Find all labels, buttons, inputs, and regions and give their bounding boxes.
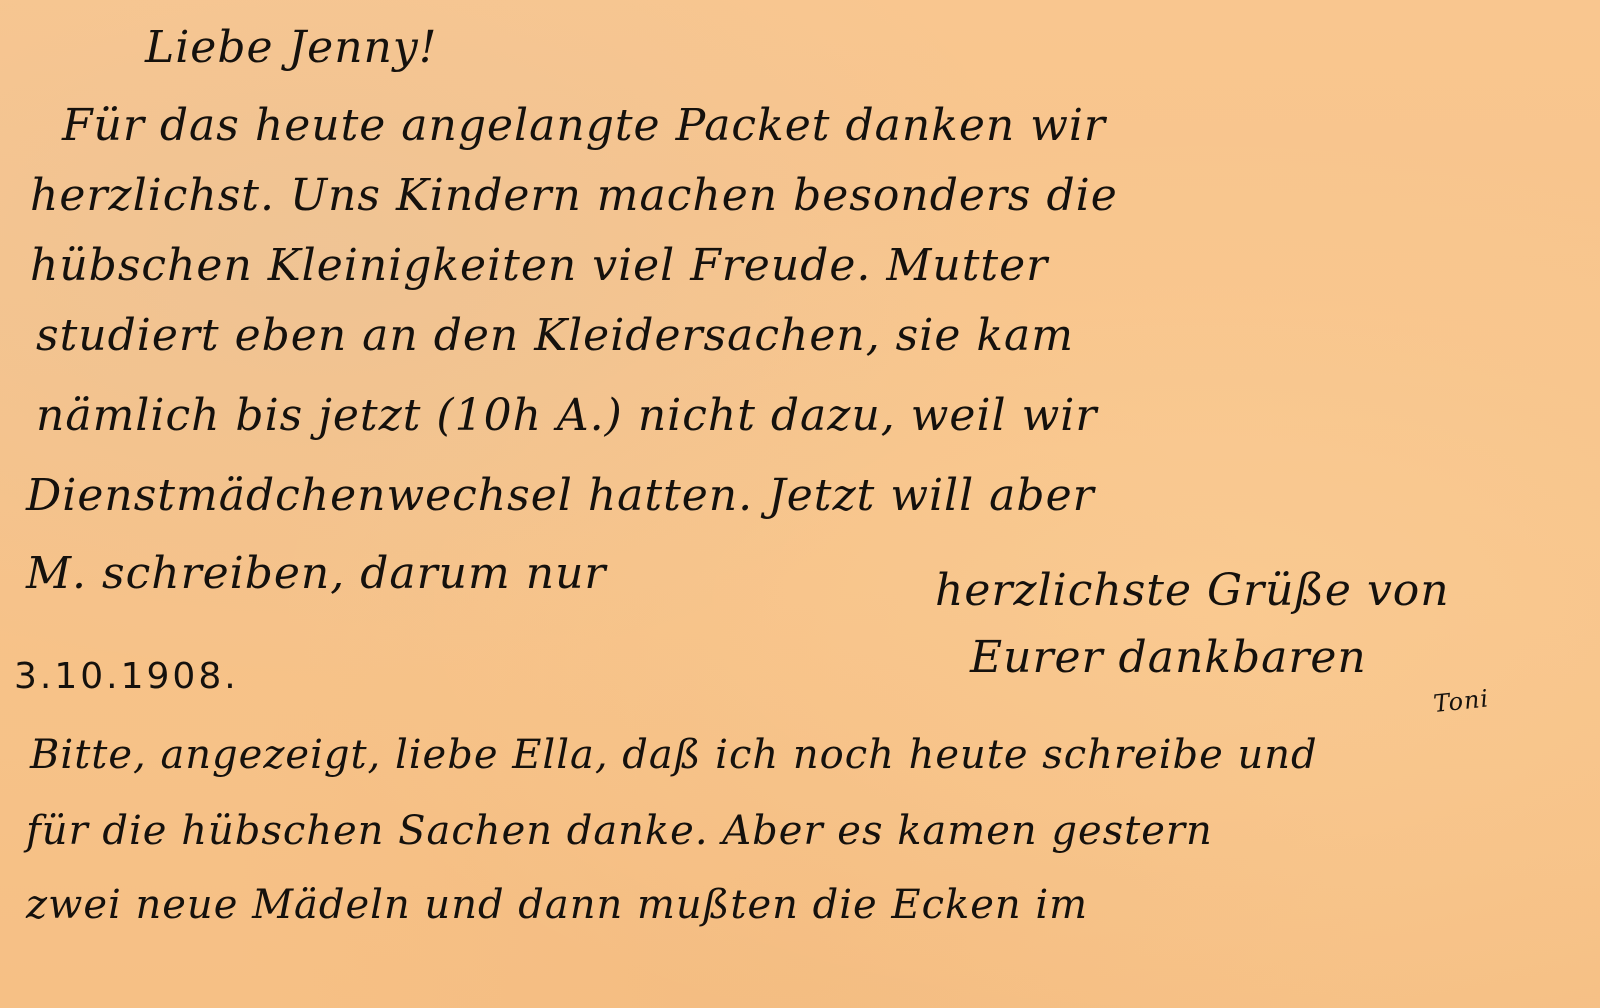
postscript-line-2: für die hübschen Sachen danke. Aber es k… — [26, 808, 1213, 854]
signature-tail: Toni — [1432, 684, 1490, 718]
signature: Eurer dankbaren — [970, 632, 1367, 683]
body-line-6: Dienstmädchenwechsel hatten. Jetzt will … — [26, 470, 1095, 521]
body-line-2: herzlichst. Uns Kindern machen besonders… — [30, 170, 1118, 221]
body-line-3: hübschen Kleinigkeiten viel Freude. Mutt… — [30, 240, 1048, 291]
body-line-1: Für das heute angelangte Packet danken w… — [62, 100, 1106, 151]
body-line-5: nämlich bis jetzt (10h A.) nicht dazu, w… — [36, 390, 1097, 441]
postscript-line-3: zwei neue Mädeln und dann mußten die Eck… — [26, 882, 1088, 928]
body-line-4: studiert eben an den Kleidersachen, sie … — [36, 310, 1074, 361]
date: 3.10.1908. — [14, 656, 239, 697]
body-line-7: M. schreiben, darum nur — [26, 548, 606, 599]
salutation: Liebe Jenny! — [145, 22, 437, 73]
postscript-line-1: Bitte, angezeigt, liebe Ella, daß ich no… — [30, 732, 1318, 778]
closing-greeting: herzlichste Grüße von — [935, 565, 1450, 616]
postcard: Liebe Jenny! Für das heute angelangte Pa… — [0, 0, 1600, 1008]
